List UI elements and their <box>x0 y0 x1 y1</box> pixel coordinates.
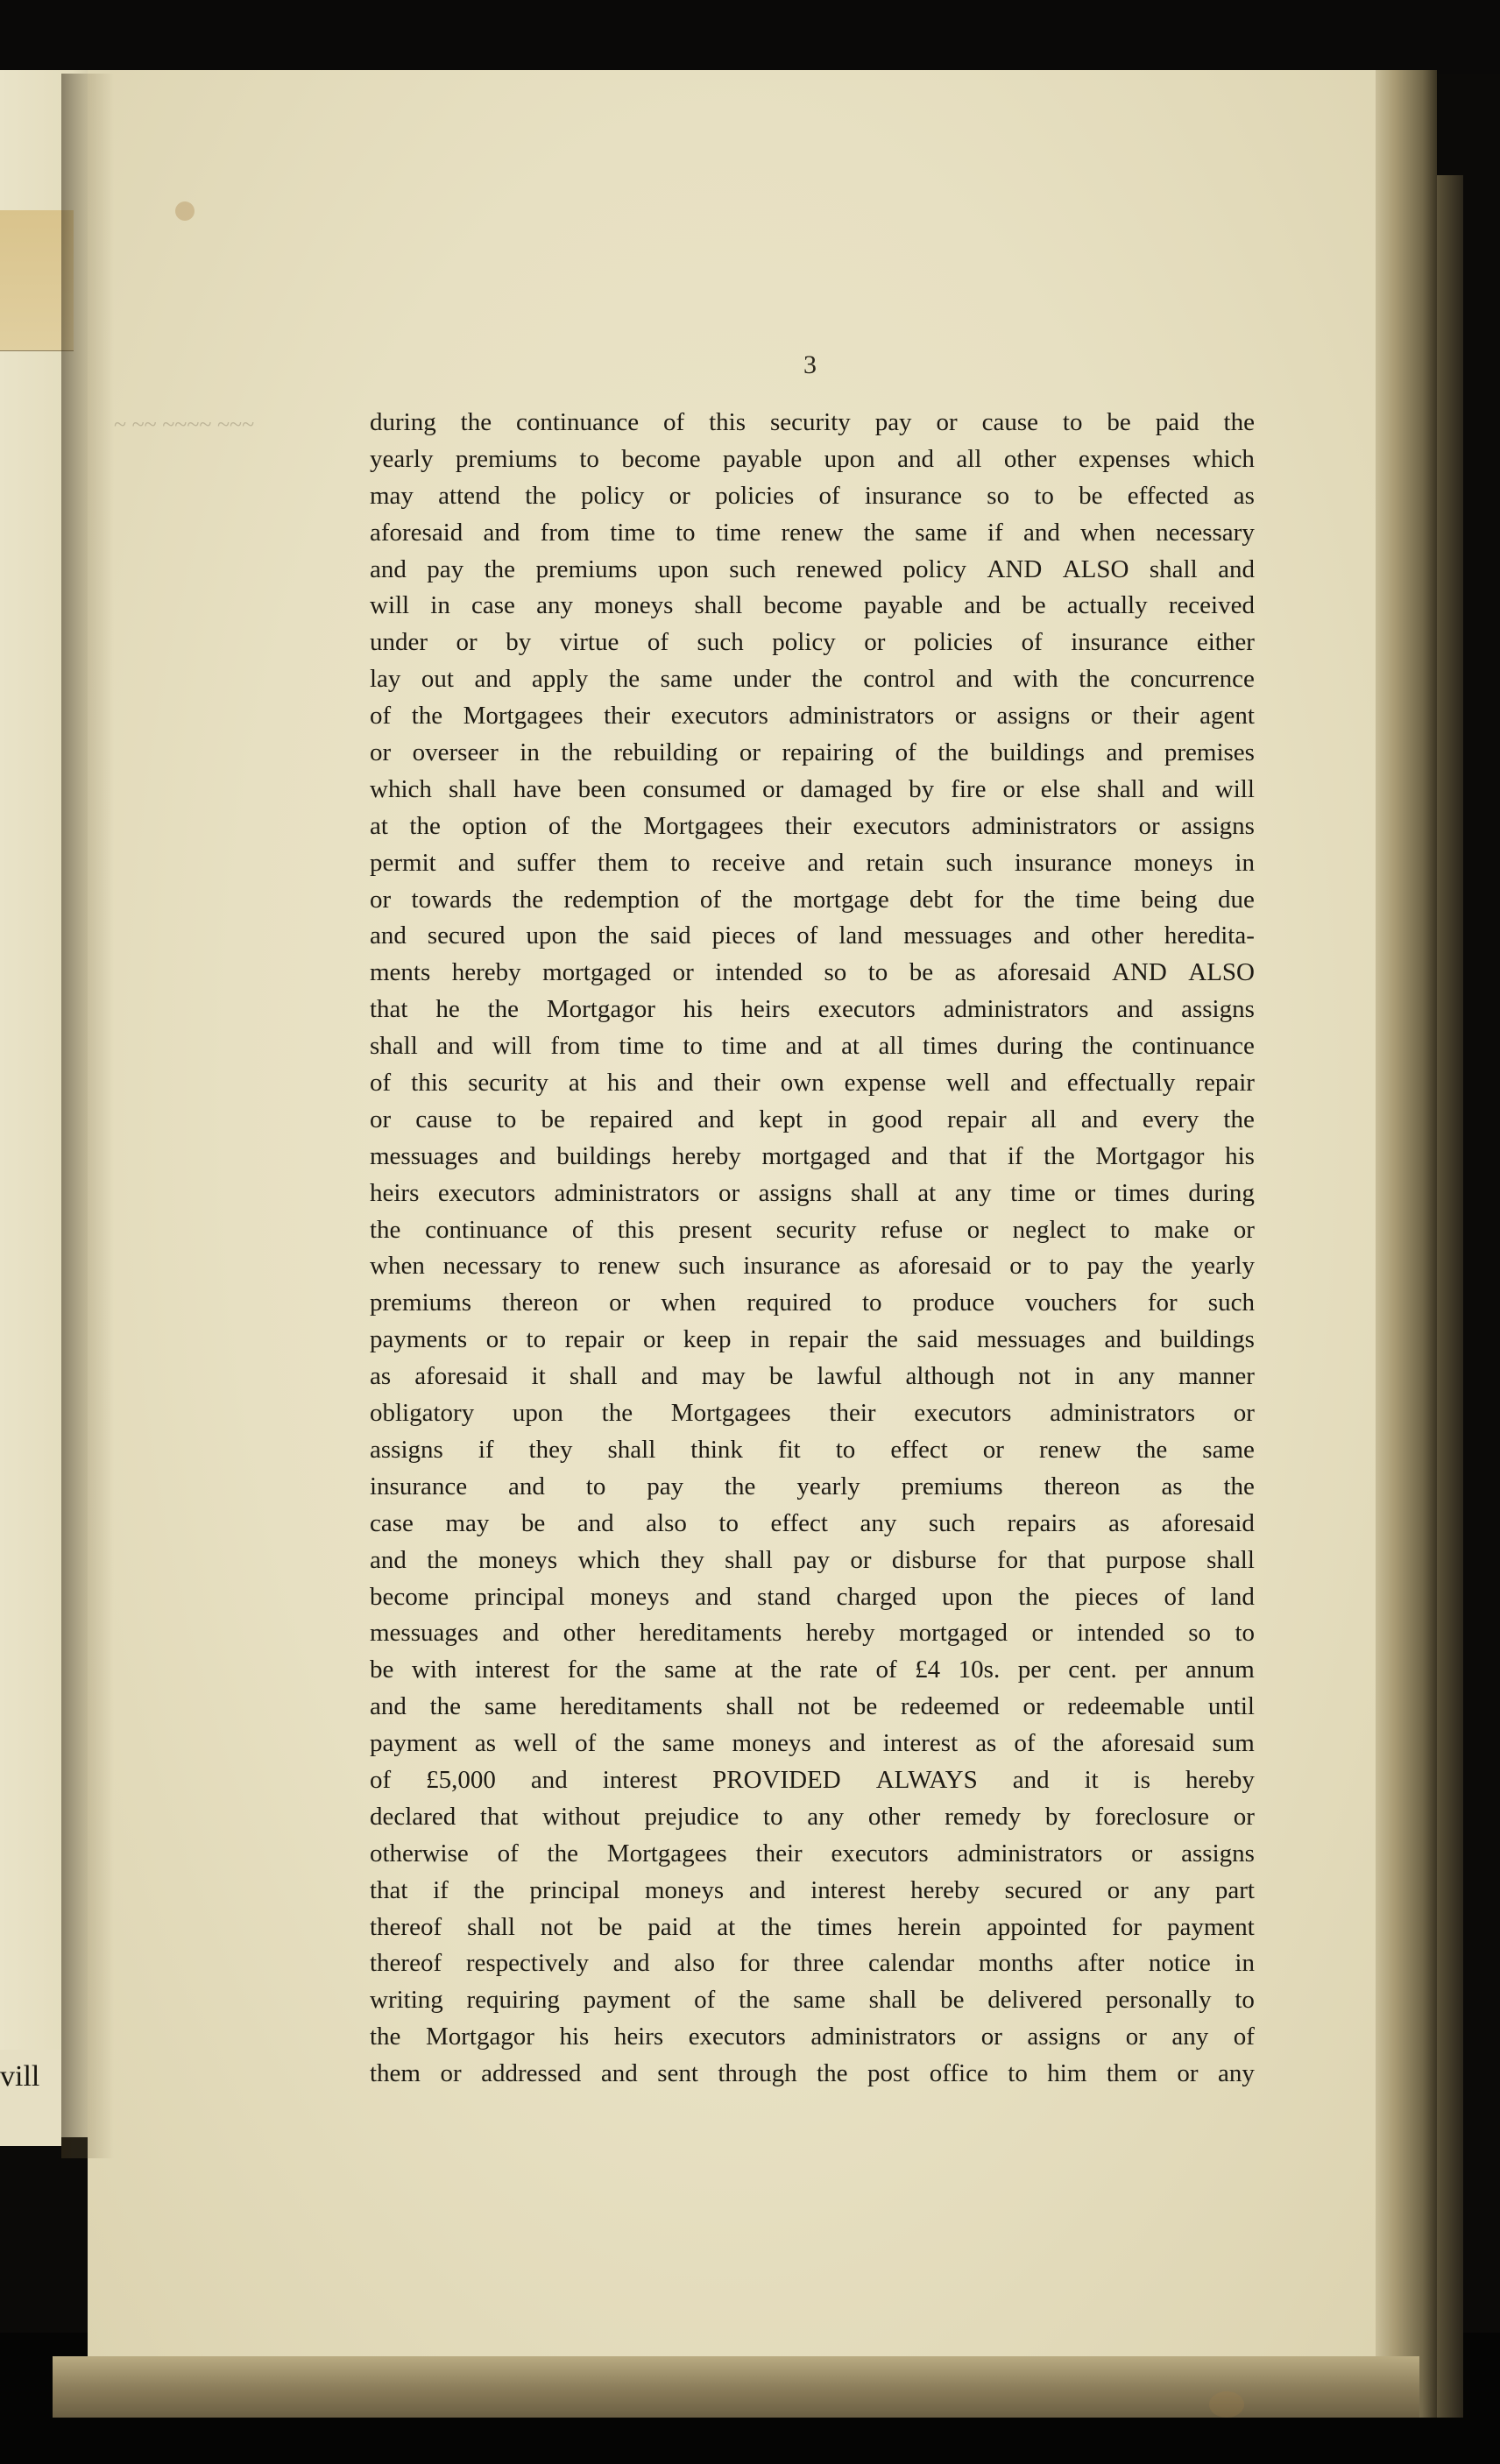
book-cover-edge <box>1437 175 1463 2418</box>
text-line: thereofshallnotbepaidatthetimeshereinapp… <box>370 1910 1255 1946</box>
text-line: mentsherebymortgagedorintendedsotobeasaf… <box>370 955 1255 992</box>
text-line: paymentsortorepairorkeepinrepairthesaidm… <box>370 1322 1255 1359</box>
text-line: heirsexecutorsadministratorsorassignssha… <box>370 1176 1255 1212</box>
text-line: attheoptionoftheMortgageestheirexecutors… <box>370 808 1255 845</box>
text-line: ofthissecurityathisandtheirownexpensewel… <box>370 1065 1255 1102</box>
text-line: permitandsufferthemtoreceiveandretainsuc… <box>370 845 1255 882</box>
text-line: thathetheMortgagorhisheirsexecutorsadmin… <box>370 992 1255 1028</box>
text-line: obligatoryupontheMortgageestheirexecutor… <box>370 1395 1255 1432</box>
paper-stain <box>175 201 195 221</box>
text-line: asaforesaiditshallandmaybelawfulalthough… <box>370 1359 1255 1395</box>
paper-stain <box>1209 2391 1244 2418</box>
deed-body-text: duringthecontinuanceofthissecuritypayorc… <box>370 405 1255 2093</box>
text-line: willincaseanymoneysshallbecomepayableand… <box>370 588 1255 625</box>
bleed-through-text: ~ ~~ ~~~~ ~~~ <box>114 412 359 438</box>
text-line: andthemoneyswhichtheyshallpayordisbursef… <box>370 1543 1255 1579</box>
binding-gutter-shadow <box>61 74 114 2158</box>
text-line: writingrequiringpaymentofthesameshallbed… <box>370 1982 1255 2019</box>
page-stack-right-edge <box>1367 70 1437 2418</box>
text-line: oroverseerintherebuildingorrepairingofth… <box>370 735 1255 772</box>
text-line: shallandwillfromtimetotimeandatalltimesd… <box>370 1028 1255 1065</box>
text-line: premiumsthereonorwhenrequiredtoproducevo… <box>370 1285 1255 1322</box>
text-line: thereofrespectivelyandalsoforthreecalend… <box>370 1945 1255 1982</box>
text-line: assignsiftheyshallthinkfittoeffectorrene… <box>370 1432 1255 1469</box>
text-line: andthesamehereditamentsshallnotberedeeme… <box>370 1689 1255 1726</box>
text-line: bewithinterestforthesameattherateof£410s… <box>370 1652 1255 1689</box>
text-line: themoraddressedandsentthroughthepostoffi… <box>370 2056 1255 2093</box>
text-line: whichshallhavebeenconsumedordamagedbyfir… <box>370 772 1255 808</box>
text-line: messuagesandotherhereditamentsherebymort… <box>370 1615 1255 1652</box>
text-line: ortowardstheredemptionofthemortgagedebtf… <box>370 882 1255 919</box>
text-line: becomeprincipalmoneysandstandchargedupon… <box>370 1579 1255 1616</box>
text-line: otherwiseoftheMortgageestheirexecutorsad… <box>370 1836 1255 1873</box>
text-line: layoutandapplythesameunderthecontrolandw… <box>370 661 1255 698</box>
text-line: whennecessarytorenewsuchinsuranceasafore… <box>370 1248 1255 1285</box>
text-line: mayattendthepolicyorpoliciesofinsurances… <box>370 478 1255 515</box>
text-line: andsecureduponthesaidpiecesoflandmessuag… <box>370 918 1255 955</box>
text-line: paymentaswellofthesamemoneysandinteresta… <box>370 1726 1255 1762</box>
text-line: of£5,000andinterestPROVIDEDALWAYSanditis… <box>370 1762 1255 1799</box>
text-line: duringthecontinuanceofthissecuritypayorc… <box>370 405 1255 441</box>
text-line: orcausetoberepairedandkeptingoodrepairal… <box>370 1102 1255 1139</box>
text-line: aforesaidandfromtimetotimerenewthesameif… <box>370 515 1255 552</box>
text-line: theMortgagorhisheirsexecutorsadministrat… <box>370 2019 1255 2056</box>
text-line: declaredthatwithoutprejudicetoanyotherre… <box>370 1799 1255 1836</box>
text-line: messuagesandbuildingsherebymortgagedandt… <box>370 1139 1255 1176</box>
text-line: underorbyvirtueofsuchpolicyorpoliciesofi… <box>370 625 1255 661</box>
text-line: thatiftheprincipalmoneysandinteresthereb… <box>370 1873 1255 1910</box>
scan-background-top <box>0 0 1500 74</box>
text-line: oftheMortgageestheirexecutorsadministrat… <box>370 698 1255 735</box>
text-line: andpaythepremiumsuponsuchrenewedpolicyAN… <box>370 552 1255 589</box>
left-page-text-fragment: vill <box>0 2060 39 2093</box>
text-line: casemaybeandalsotoeffectanysuchrepairsas… <box>370 1506 1255 1543</box>
page-number: 3 <box>803 350 817 380</box>
text-line: insuranceandtopaytheyearlypremiumsthereo… <box>370 1469 1255 1506</box>
text-line: yearlypremiumstobecomepayableuponandallo… <box>370 441 1255 478</box>
text-line: thecontinuanceofthispresentsecurityrefus… <box>370 1212 1255 1249</box>
